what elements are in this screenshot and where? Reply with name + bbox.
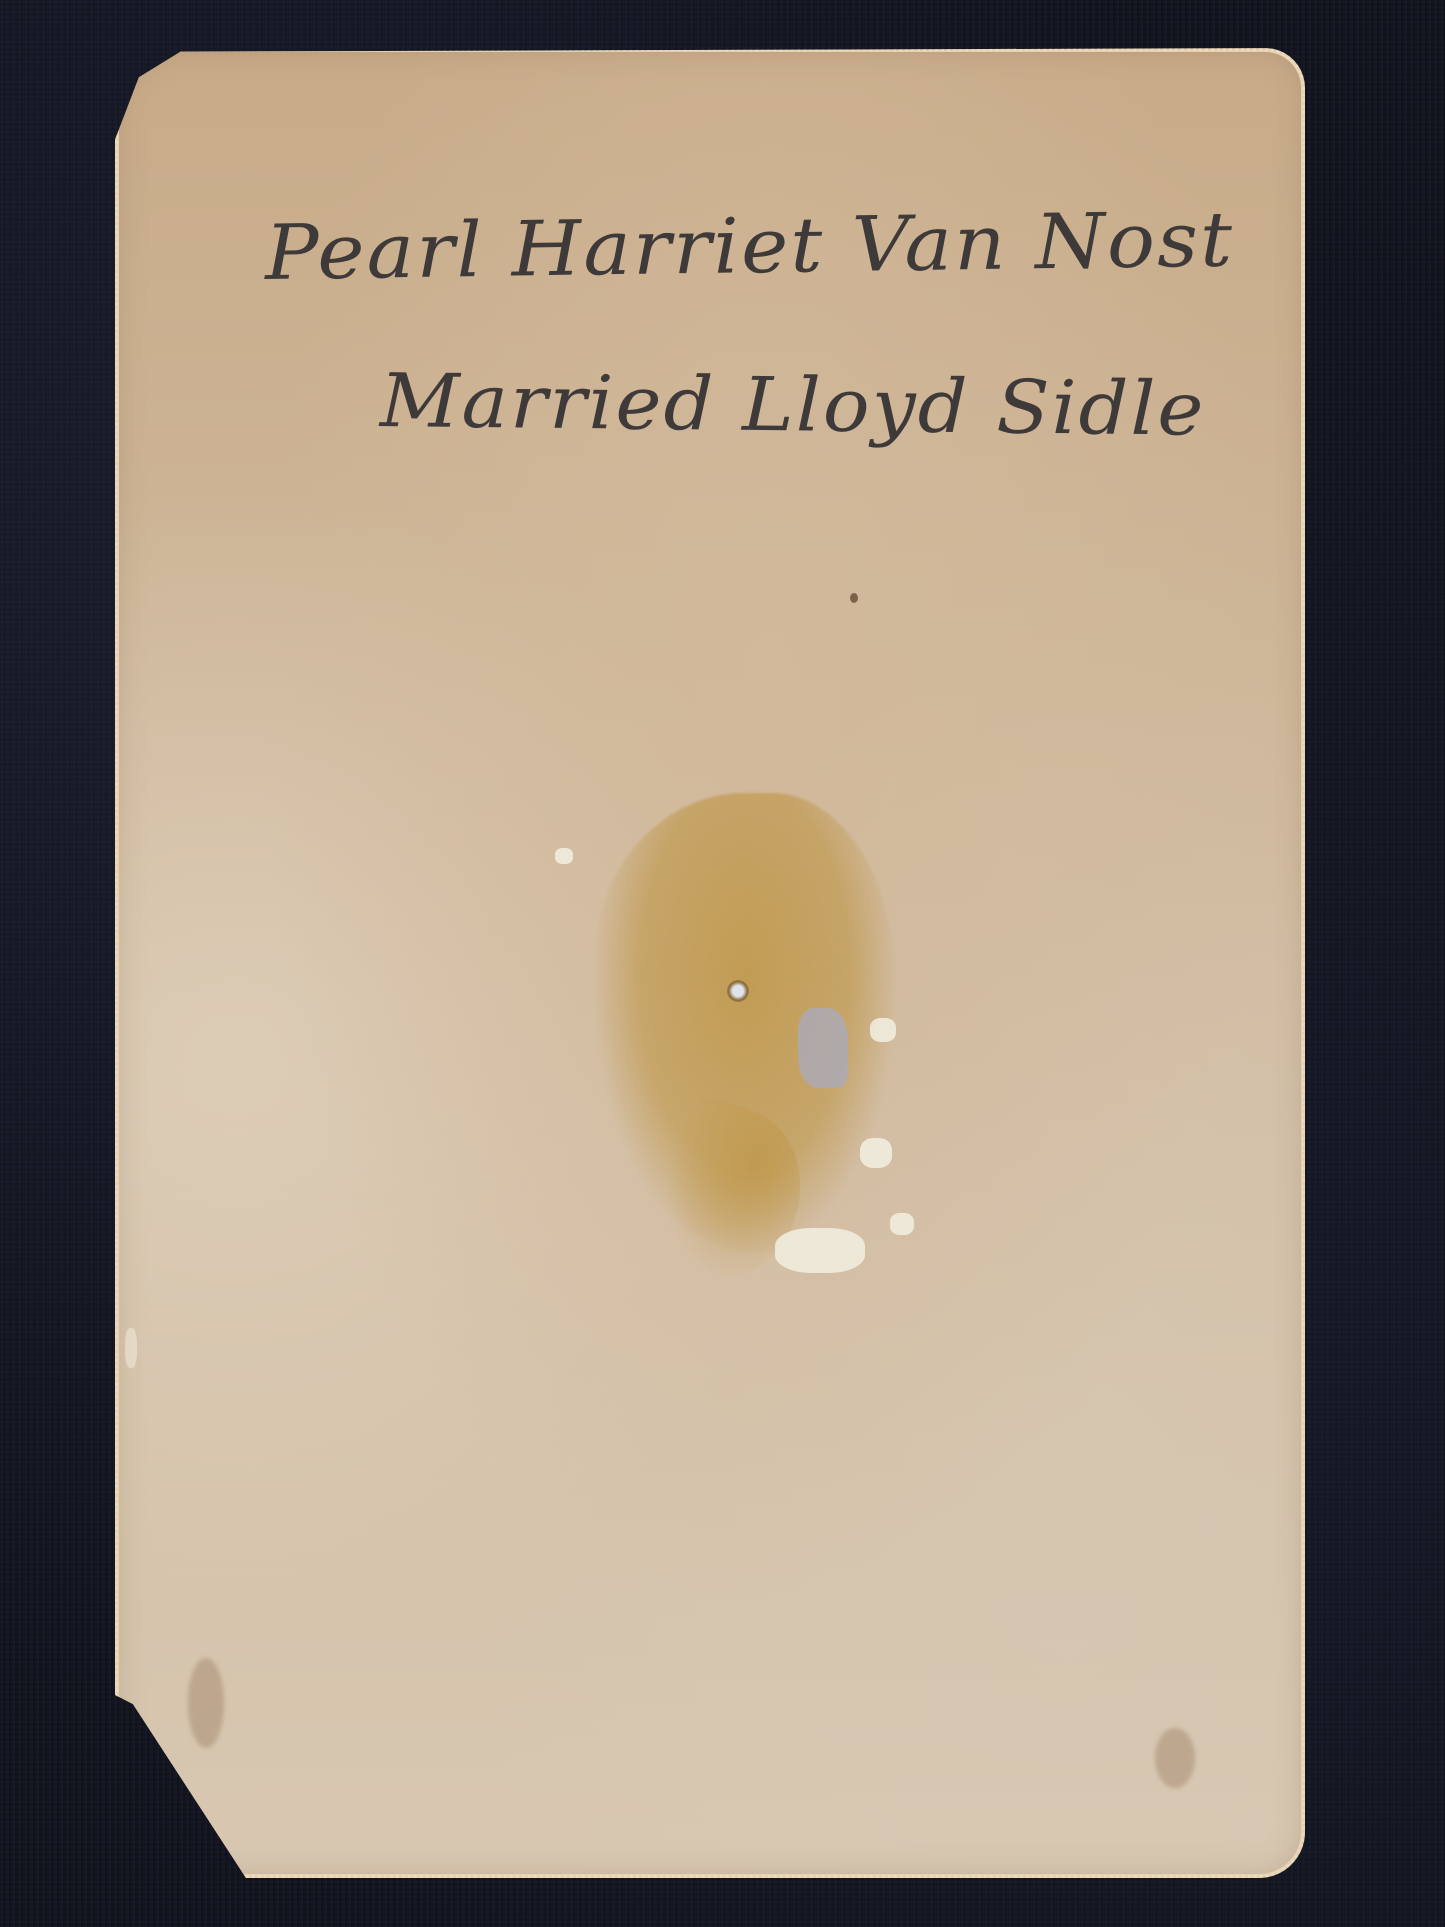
paper-flake (555, 848, 573, 864)
age-spot (188, 1658, 224, 1748)
inscription-line-2: Married Lloyd Sidle (380, 358, 1206, 453)
paper-flake (860, 1138, 892, 1168)
paper-flake (870, 1018, 896, 1042)
paper-residue (798, 1008, 848, 1088)
inscription-line-1: Pearl Harriet Van Nost (264, 194, 1234, 297)
paper-flake (775, 1228, 865, 1273)
paper-flake (890, 1213, 914, 1235)
cabinet-card-back: Pearl Harriet Van Nost Married Lloyd Sid… (115, 48, 1305, 1878)
pin-hole (727, 980, 749, 1002)
ink-dot (850, 593, 858, 603)
age-spot (1155, 1728, 1195, 1788)
paper-flake (125, 1328, 137, 1368)
